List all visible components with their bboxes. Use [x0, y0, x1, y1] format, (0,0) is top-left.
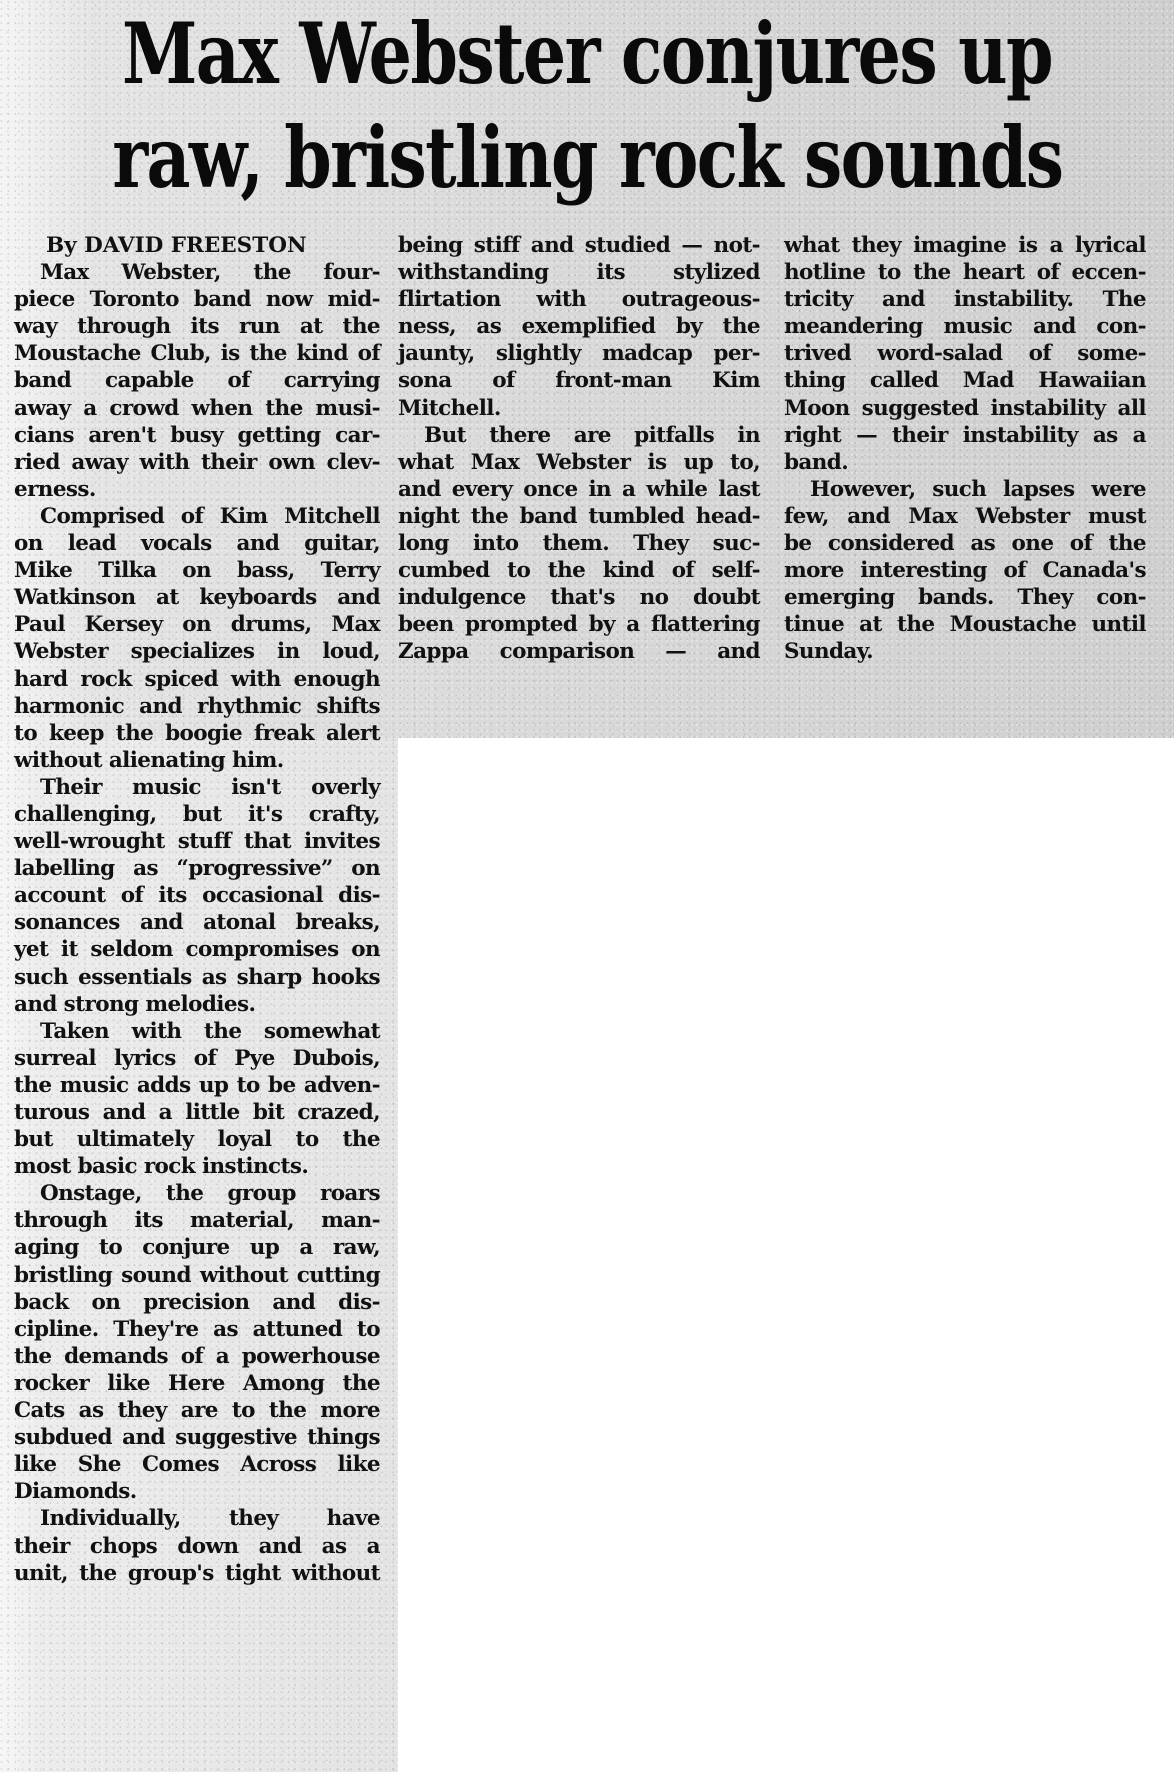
- text-line: withstanding its stylized: [398, 259, 760, 286]
- text-line: flirtation with outrageous-: [398, 286, 760, 313]
- text-line: Mitchell.: [398, 395, 760, 422]
- text-line: unit, the group's tight without: [14, 1560, 380, 1587]
- text-line: Diamonds.: [14, 1478, 380, 1505]
- text-line: been prompted by a flattering: [398, 611, 760, 638]
- text-line: and strong melodies.: [14, 991, 380, 1018]
- text-line: Paul Kersey on drums, Max: [14, 611, 380, 638]
- column-2-body: being stiff and studied — not-withstandi…: [398, 232, 760, 666]
- text-line: trived word-salad of some-: [784, 340, 1146, 367]
- text-line: tinue at the Moustache until: [784, 611, 1146, 638]
- text-line: bristling sound without cutting: [14, 1262, 380, 1289]
- text-line: Comprised of Kim Mitchell: [14, 503, 380, 530]
- text-line: long into them. They suc-: [398, 530, 760, 557]
- text-line: without alienating him.: [14, 747, 380, 774]
- text-line: account of its occasional dis-: [14, 882, 380, 909]
- text-line: well-wrought stuff that invites: [14, 828, 380, 855]
- text-line: Cats as they are to the more: [14, 1397, 380, 1424]
- text-line: way through its run at the: [14, 313, 380, 340]
- text-line: harmonic and rhythmic shifts: [14, 693, 380, 720]
- text-line: the demands of a powerhouse: [14, 1343, 380, 1370]
- text-line: aging to conjure up a raw,: [14, 1234, 380, 1261]
- text-line: yet it seldom compromises on: [14, 936, 380, 963]
- text-line: tricity and instability. The: [784, 286, 1146, 313]
- text-line: such essentials as sharp hooks: [14, 964, 380, 991]
- text-line: hard rock spiced with enough: [14, 666, 380, 693]
- text-line: like She Comes Across like: [14, 1451, 380, 1478]
- text-line: labelling as “progressive” on: [14, 855, 380, 882]
- text-line: night the band tumbled head-: [398, 503, 760, 530]
- text-line: Webster specializes in loud,: [14, 638, 380, 665]
- text-line: right — their instability as a: [784, 422, 1146, 449]
- text-line: being stiff and studied — not-: [398, 232, 760, 259]
- text-line: few, and Max Webster must: [784, 503, 1146, 530]
- text-line: more interesting of Canada's: [784, 557, 1146, 584]
- text-line: turous and a little bit crazed,: [14, 1099, 380, 1126]
- text-line: and every once in a while last: [398, 476, 760, 503]
- article-column-2: being stiff and studied — not-withstandi…: [398, 232, 760, 666]
- text-line: through its material, man-: [14, 1207, 380, 1234]
- text-line: but ultimately loyal to the: [14, 1126, 380, 1153]
- text-line: cumbed to the kind of self-: [398, 557, 760, 584]
- text-line: cians aren't busy getting car-: [14, 422, 380, 449]
- text-line: Max Webster, the four-: [14, 259, 380, 286]
- text-line: cipline. They're as attuned to: [14, 1316, 380, 1343]
- text-line: jaunty, slightly madcap per-: [398, 340, 760, 367]
- text-line: Watkinson at keyboards and: [14, 584, 380, 611]
- text-line: emerging bands. They con-: [784, 584, 1146, 611]
- text-line: back on precision and dis-: [14, 1289, 380, 1316]
- text-line: their chops down and as a: [14, 1533, 380, 1560]
- text-line: piece Toronto band now mid-: [14, 286, 380, 313]
- text-line: Their music isn't overly: [14, 774, 380, 801]
- text-line: on lead vocals and guitar,: [14, 530, 380, 557]
- headline-line-1: Max Webster conjures up: [111, 2, 1063, 106]
- text-line: be considered as one of the: [784, 530, 1146, 557]
- text-line: Individually, they have: [14, 1505, 380, 1532]
- text-line: the music adds up to be adven-: [14, 1072, 380, 1099]
- text-line: Taken with the somewhat: [14, 1018, 380, 1045]
- text-line: Moustache Club, is the kind of: [14, 340, 380, 367]
- text-line: what they imagine is a lyrical: [784, 232, 1146, 259]
- text-line: Onstage, the group roars: [14, 1180, 380, 1207]
- column-1-body: Max Webster, the four-piece Toronto band…: [14, 259, 380, 1587]
- text-line: Moon suggested instability all: [784, 395, 1146, 422]
- headline-line-2: raw, bristling rock sounds: [112, 106, 1061, 210]
- text-line: most basic rock instincts.: [14, 1153, 380, 1180]
- text-line: rocker like Here Among the: [14, 1370, 380, 1397]
- text-line: ried away with their own clev-: [14, 449, 380, 476]
- text-line: Sunday.: [784, 638, 1146, 665]
- column-3-body: what they imagine is a lyricalhotline to…: [784, 232, 1146, 666]
- text-line: meandering music and con-: [784, 313, 1146, 340]
- text-line: Mike Tilka on bass, Terry: [14, 557, 380, 584]
- byline: By DAVID FREESTON: [14, 232, 380, 259]
- text-line: surreal lyrics of Pye Dubois,: [14, 1045, 380, 1072]
- text-line: challenging, but it's crafty,: [14, 801, 380, 828]
- article-column-1: By DAVID FREESTON Max Webster, the four-…: [14, 232, 380, 1587]
- text-line: But there are pitfalls in: [398, 422, 760, 449]
- text-line: to keep the boogie freak alert: [14, 720, 380, 747]
- article-column-3: what they imagine is a lyricalhotline to…: [784, 232, 1146, 666]
- text-line: what Max Webster is up to,: [398, 449, 760, 476]
- text-line: sonances and atonal breaks,: [14, 909, 380, 936]
- text-line: erness.: [14, 476, 380, 503]
- text-line: band capable of carrying: [14, 367, 380, 394]
- text-line: away a crowd when the musi-: [14, 395, 380, 422]
- text-line: However, such lapses were: [784, 476, 1146, 503]
- text-line: sona of front-man Kim: [398, 367, 760, 394]
- text-line: Zappa comparison — and: [398, 638, 760, 665]
- text-line: band.: [784, 449, 1146, 476]
- text-line: subdued and suggestive things: [14, 1424, 380, 1451]
- text-line: hotline to the heart of eccen-: [784, 259, 1146, 286]
- text-line: indulgence that's no doubt: [398, 584, 760, 611]
- text-line: thing called Mad Hawaiian: [784, 367, 1146, 394]
- article-headline: Max Webster conjures up raw, bristling r…: [0, 0, 1174, 210]
- text-line: ness, as exemplified by the: [398, 313, 760, 340]
